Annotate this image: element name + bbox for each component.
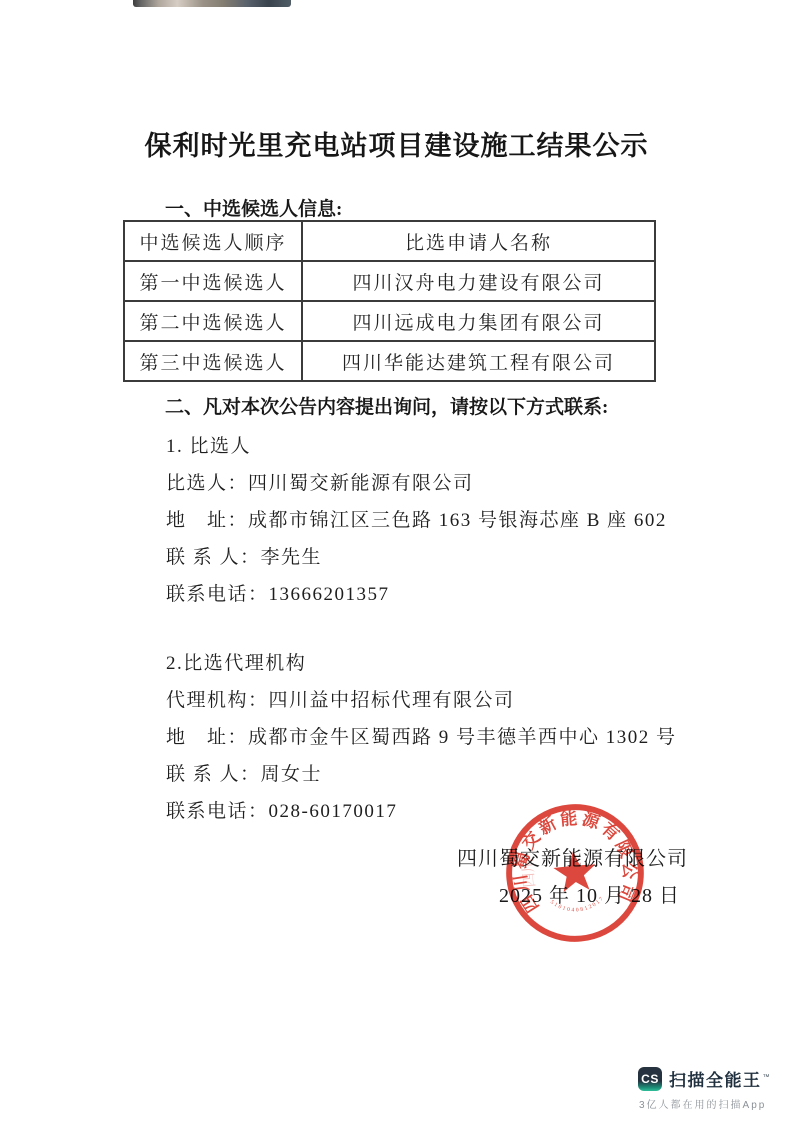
bidder-subheading: 1. 比选人: [166, 428, 667, 465]
candidate-rank-cell: 第二中选候选人: [124, 301, 302, 341]
bidder-name-line: 比选人：四川蜀交新能源有限公司: [166, 465, 667, 502]
trademark-mark: ™: [763, 1074, 772, 1081]
watermark-logo-row: CS 扫描全能王™: [629, 1066, 779, 1091]
table-header-order: 中选候选人顺序: [124, 221, 302, 261]
camscanner-cs-icon: CS: [638, 1067, 662, 1091]
scan-edge-artifact: [133, 0, 291, 7]
company-seal-stamp: 四川蜀交新能源有限公司 5101040812017 四川: [488, 792, 662, 954]
candidate-rank-cell: 第三中选候选人: [124, 341, 302, 381]
bidder-contact-line: 联 系 人：李先生: [166, 539, 667, 576]
agency-contact-line: 联 系 人：周女士: [166, 756, 677, 793]
scanned-document-page: 保利时光里充电站项目建设施工结果公示 一、中选候选人信息: 中选候选人顺序 比选…: [0, 0, 793, 1123]
table-row: 第一中选候选人 四川汉舟电力建设有限公司: [124, 261, 655, 301]
table-header-applicant: 比选申请人名称: [302, 221, 655, 261]
candidate-rank-cell: 第一中选候选人: [124, 261, 302, 301]
candidate-name-cell: 四川远成电力集团有限公司: [302, 301, 655, 341]
seal-star-icon: [552, 849, 598, 893]
camscanner-watermark: CS 扫描全能王™ 3亿人都在用的扫描App: [629, 1066, 779, 1111]
agency-subheading: 2.比选代理机构: [166, 645, 677, 682]
app-name-text: 扫描全能王: [669, 1071, 762, 1090]
candidates-table: 中选候选人顺序 比选申请人名称 第一中选候选人 四川汉舟电力建设有限公司 第二中…: [123, 220, 656, 382]
section1-heading: 一、中选候选人信息:: [165, 194, 342, 221]
candidate-name-cell: 四川华能达建筑工程有限公司: [302, 341, 655, 381]
document-title: 保利时光里充电站项目建设施工结果公示: [0, 124, 793, 163]
bidder-contact-block: 1. 比选人 比选人：四川蜀交新能源有限公司 地 址：成都市锦江区三色路 163…: [166, 428, 667, 613]
bidder-phone-line: 联系电话：13666201357: [166, 576, 667, 613]
candidate-name-cell: 四川汉舟电力建设有限公司: [302, 261, 655, 301]
camscanner-app-name: 扫描全能王™: [669, 1066, 770, 1091]
agency-name-line: 代理机构：四川益中招标代理有限公司: [166, 682, 677, 719]
svg-text:5101040812017: 5101040812017: [549, 895, 607, 916]
camscanner-tagline: 3亿人都在用的扫描App: [629, 1096, 779, 1111]
agency-address-line: 地 址：成都市金牛区蜀西路 9 号丰德羊西中心 1302 号: [166, 719, 677, 756]
table-row: 第二中选候选人 四川远成电力集团有限公司: [124, 301, 655, 341]
bidder-address-line: 地 址：成都市锦江区三色路 163 号银海芯座 B 座 602: [166, 502, 667, 539]
seal-smudge-glyphs: 四川: [519, 857, 539, 888]
seal-serial-text: 5101040812017: [549, 895, 607, 916]
table-header-row: 中选候选人顺序 比选申请人名称: [124, 221, 655, 261]
table-row: 第三中选候选人 四川华能达建筑工程有限公司: [124, 341, 655, 381]
section2-heading: 二、凡对本次公告内容提出询问，请按以下方式联系:: [165, 392, 608, 419]
